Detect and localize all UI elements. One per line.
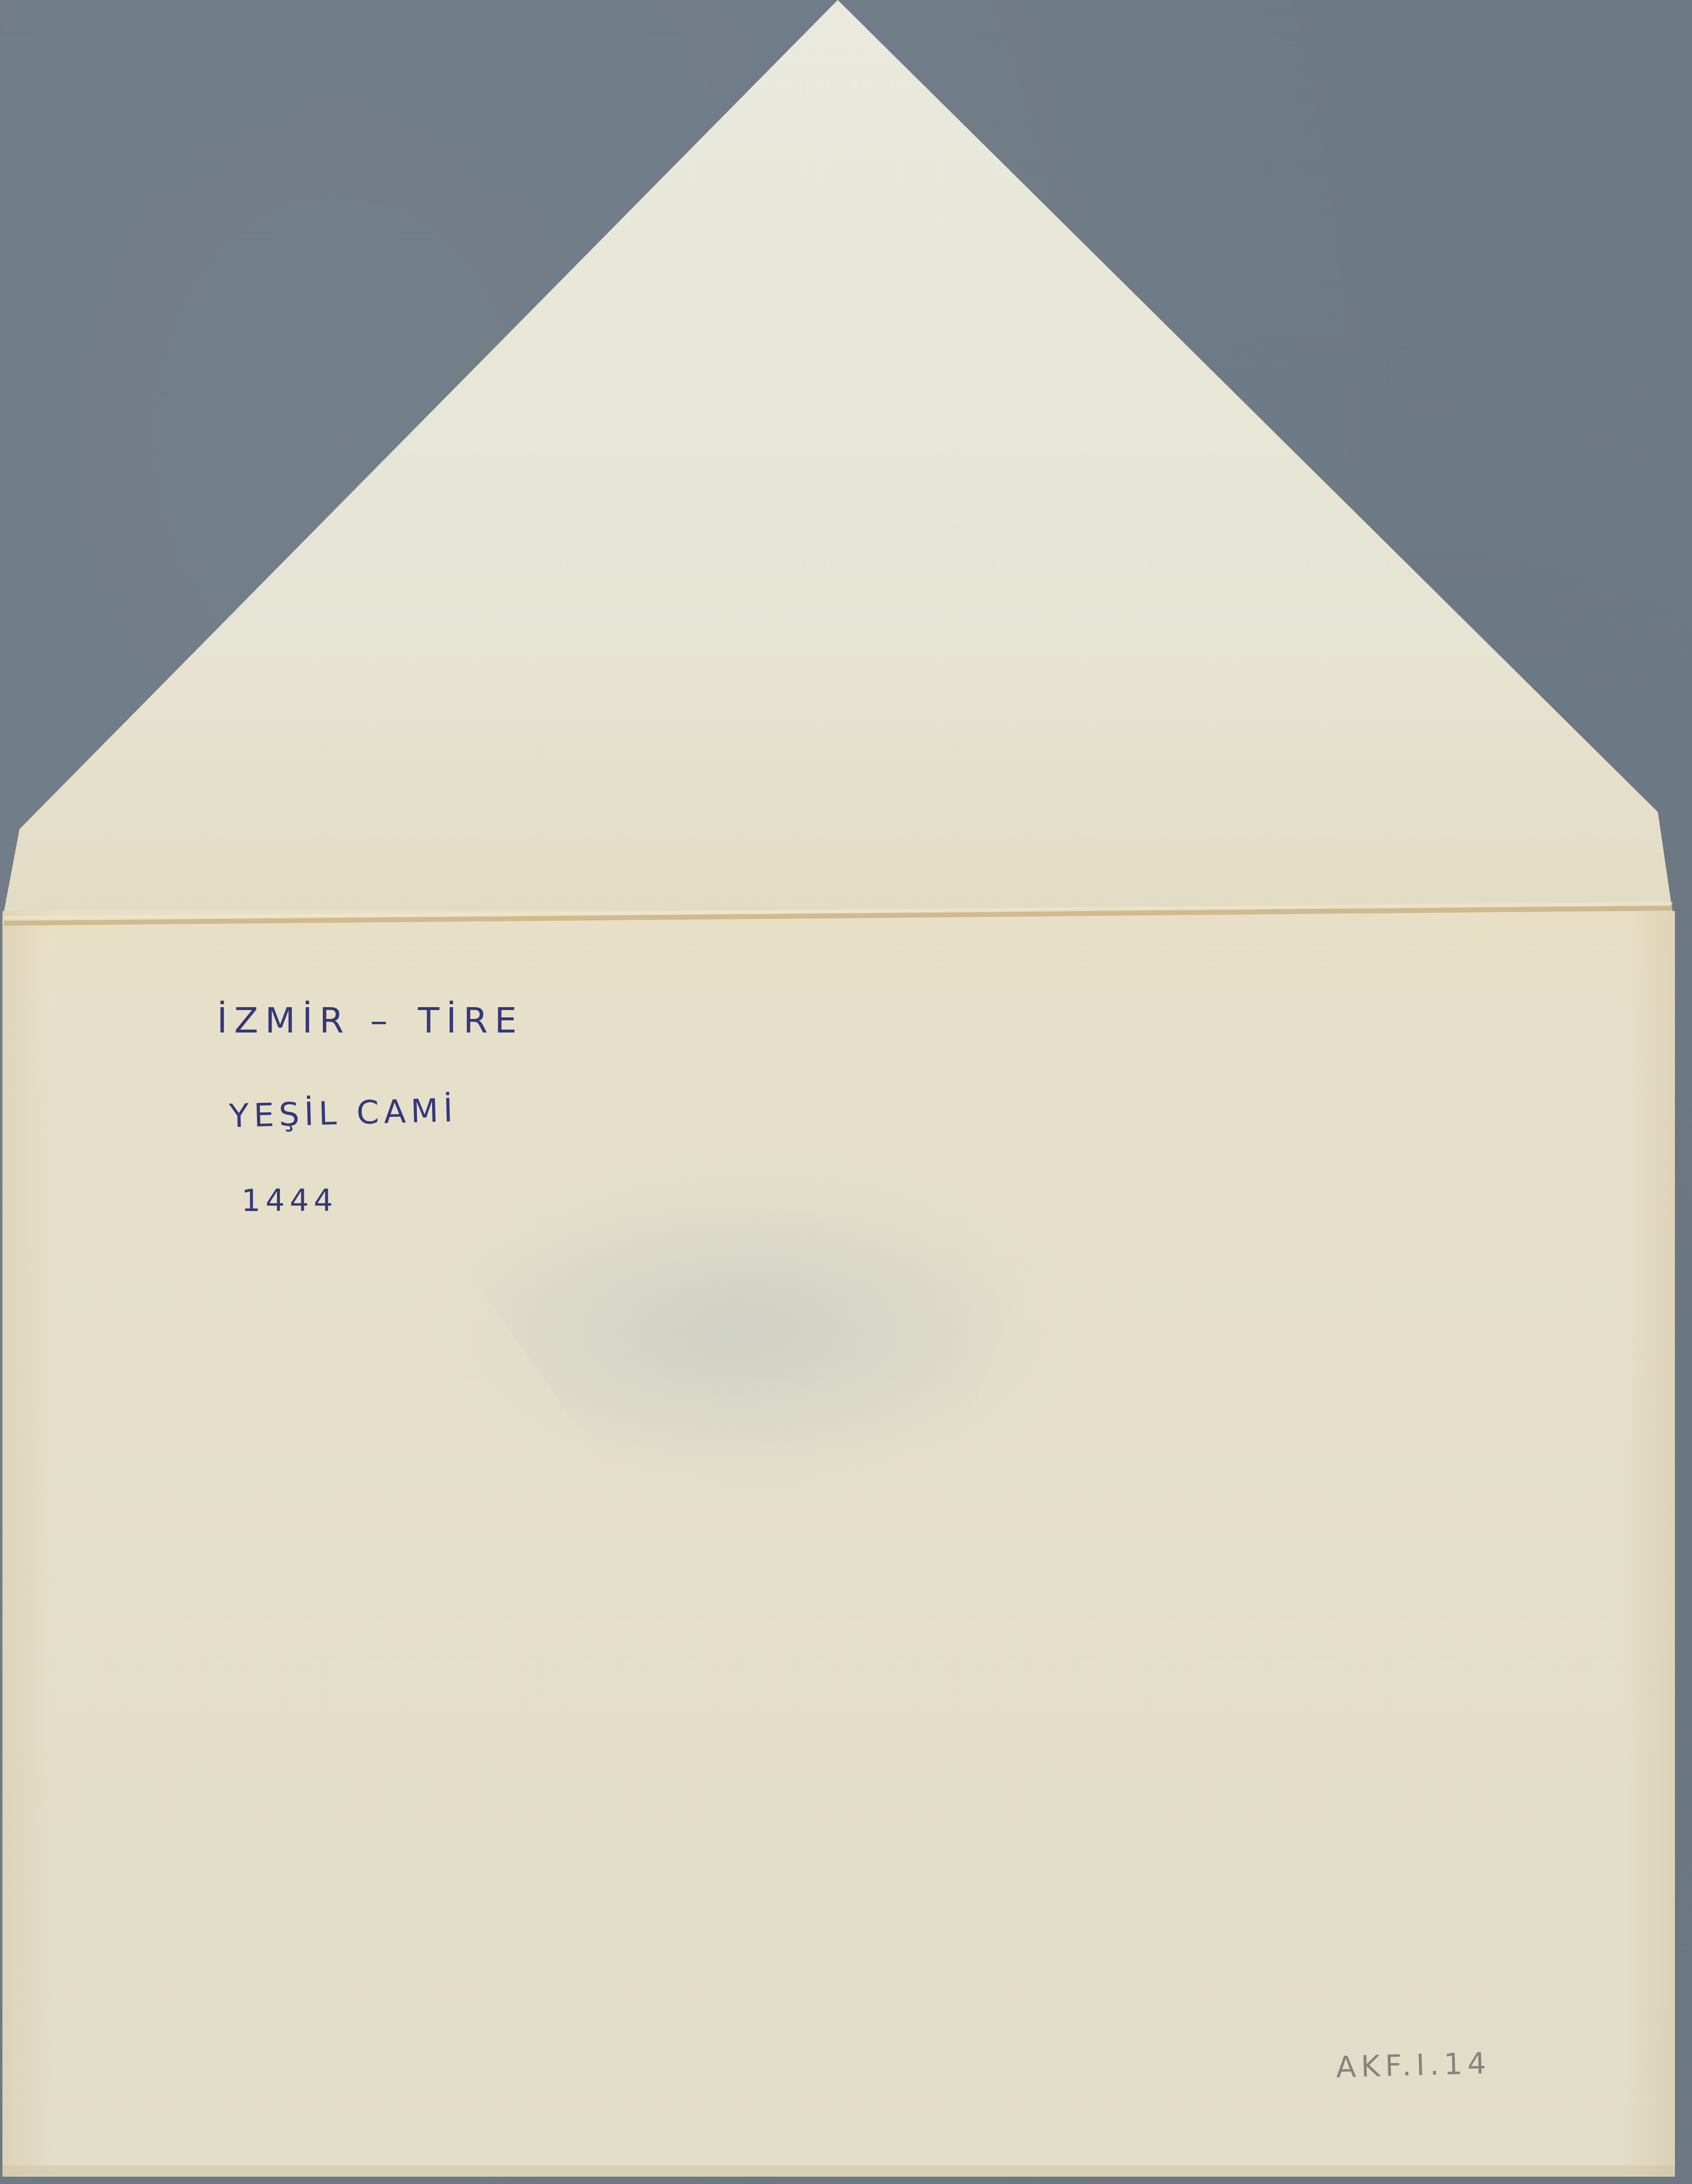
city-text: İZMİR [217, 1000, 351, 1041]
envelope: İZMİR–TİRE YEŞİL CAMİ 1444 AKF.I.14 [0, 0, 1692, 2184]
catalog-number: AKF.I.14 [1336, 2046, 1491, 2085]
envelope-flap [4, 0, 1672, 912]
district-text: TİRE [418, 1000, 524, 1041]
envelope-outline [0, 0, 1692, 2184]
ink-line-location: İZMİR–TİRE [217, 1000, 524, 1041]
ink-line-year: 1444 [241, 1183, 338, 1218]
dash-separator: – [370, 1000, 394, 1041]
ink-line-building: YEŞİL CAMİ [229, 1092, 458, 1135]
